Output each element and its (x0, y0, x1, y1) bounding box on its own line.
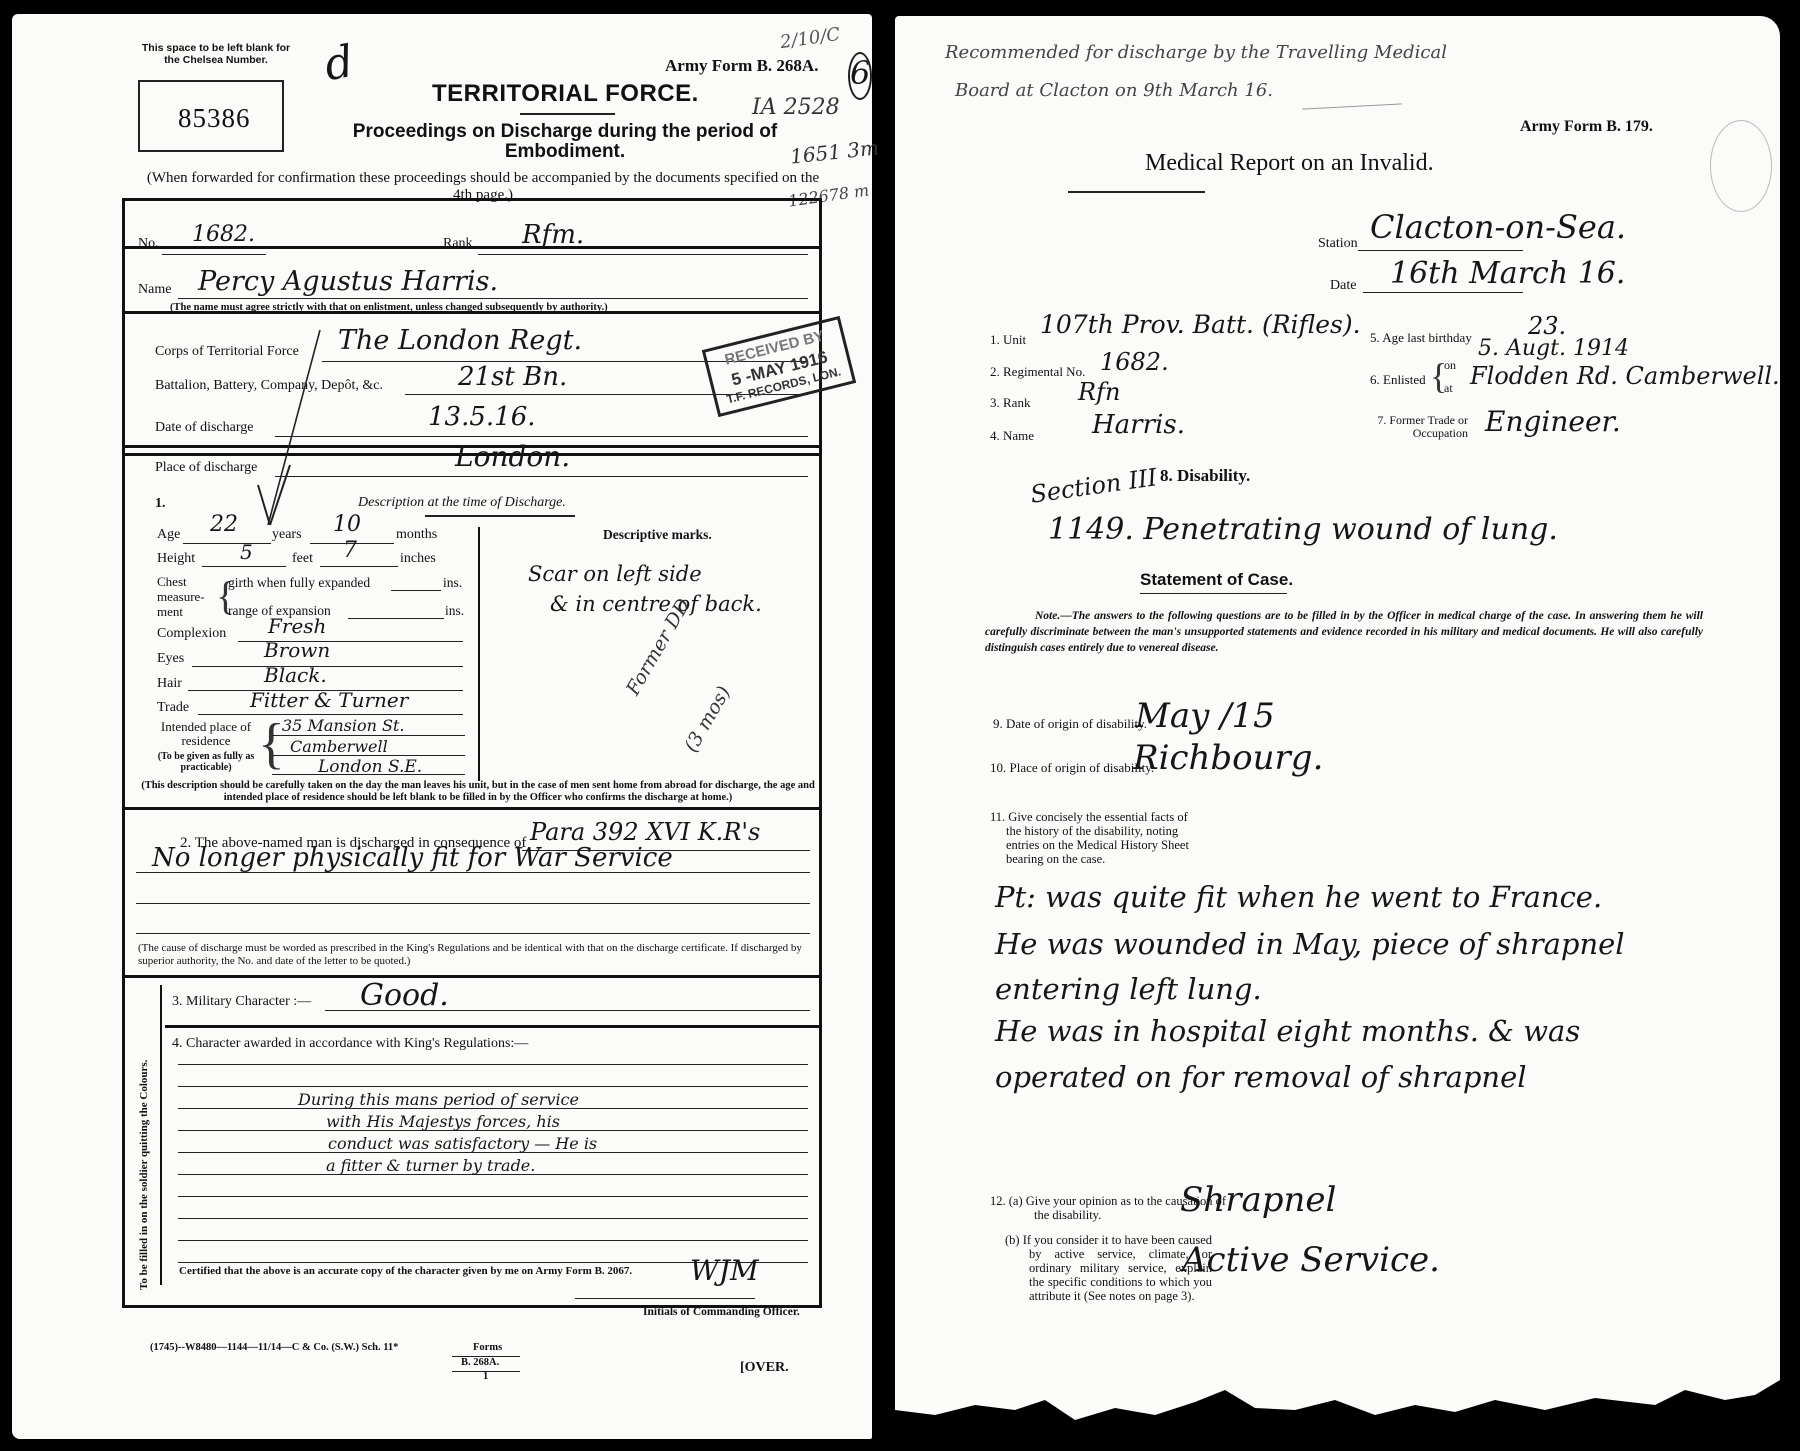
name-note: (The name must agree strictly with that … (170, 302, 608, 313)
disability-value: 1149. Penetrating wound of lung. (1048, 512, 1558, 547)
eyes-label: Eyes (157, 651, 184, 667)
q9-value: May /15 (1135, 696, 1275, 736)
name-value-right: Harris. (1092, 410, 1185, 440)
station-value: Clacton-on-Sea. (1370, 208, 1626, 246)
q10-value: Richbourg. (1133, 738, 1323, 778)
enlisted-on-value: 5. Augt. 1914 (1478, 336, 1629, 361)
residence-brace: { (258, 712, 285, 776)
q11-label: 11. Give concisely the essential facts o… (990, 810, 1206, 866)
medical-form-number: Army Form B. 179. (1520, 118, 1653, 136)
character-line-2: with His Majestys forces, his (326, 1112, 560, 1131)
rank-value-right: Rfn (1078, 378, 1120, 406)
station-label: Station (1318, 236, 1358, 252)
margin-annotation-circled: 6 (848, 52, 872, 100)
enlisted-at-label: at (1444, 381, 1453, 396)
enlisted-label: 6. Enlisted (1370, 372, 1426, 388)
certified-statement: Certified that the above is an accurate … (179, 1265, 632, 1277)
character-line-4: a fitter & turner by trade. (326, 1156, 535, 1175)
descriptive-marks-line-2: & in centre of back. (550, 592, 762, 616)
feet-label: feet (292, 551, 313, 567)
hair-label: Hair (157, 676, 182, 692)
history-line-2: He was wounded in May, piece of shrapnel (995, 927, 1625, 961)
faint-circular-stamp (1710, 120, 1772, 212)
co-initials-label: Initials of Commanding Officer. (643, 1306, 800, 1318)
description-divider (478, 527, 480, 781)
age-years-value: 22 (210, 512, 238, 537)
q12a-value: Shrapnel (1180, 1180, 1336, 1220)
statement-heading: Statement of Case. (1140, 570, 1293, 590)
name-label: Name (138, 282, 171, 298)
history-line-4: He was in hospital eight months. & was (995, 1014, 1580, 1048)
battalion-value: 21st Bn. (458, 362, 567, 392)
former-trade-label: 7. Former Trade or Occupation (1370, 414, 1468, 440)
character-side-divider (160, 985, 162, 1285)
inches-label: inches (400, 551, 436, 567)
q12b-label: (b) If you consider it to have been caus… (1005, 1233, 1212, 1303)
height-feet-value: 5 (240, 540, 253, 564)
regimental-no-value: 1682. (1100, 348, 1169, 376)
age-birthday-label: 5. Age last birthday (1370, 330, 1472, 346)
title-underline-right (1068, 191, 1205, 193)
rank-label: Rank (443, 236, 473, 252)
residence-line-3: London S.E. (318, 757, 422, 777)
age-label: Age (157, 527, 180, 543)
medical-report-sheet (895, 16, 1780, 1398)
trade-label: Trade (157, 700, 189, 716)
hair-value: Black. (264, 663, 327, 687)
co-initials-value: WJM (690, 1254, 759, 1287)
margin-annotation-ia: IA 2528 (752, 95, 840, 120)
name-label-right: 4. Name (990, 428, 1034, 444)
residence-line-1: 35 Mansion St. (282, 716, 405, 735)
residence-label: Intended place of residence (152, 720, 260, 748)
discharge-reason-value-2: No longer physically fit for War Service (152, 843, 673, 873)
q12b-value: Active Service. (1182, 1240, 1440, 1280)
chelsea-number: 85386 (178, 103, 251, 134)
age-months-value: 10 (333, 512, 361, 537)
no-label: No. (138, 236, 159, 252)
discharge-reason-value-1: Para 392 XVI K.R's (530, 818, 760, 846)
months-label: months (396, 527, 437, 543)
section-1-number: 1. (155, 496, 166, 512)
place-discharge-label: Place of discharge (155, 460, 257, 476)
description-heading: Description at the time of Discharge. (358, 495, 566, 511)
trade-value: Fitter & Turner (250, 688, 408, 712)
height-label: Height (157, 551, 195, 567)
form-number: Army Form B. 268A. (665, 56, 818, 76)
title-underline (520, 113, 615, 115)
years-label: years (272, 527, 302, 543)
check-mark-icon (250, 325, 340, 525)
military-character-label: 3. Military Character :— (172, 994, 311, 1010)
over-marker: [OVER. (740, 1360, 789, 1376)
date-label: Date (1330, 278, 1356, 294)
character-line-3: conduct was satisfactory — He is (328, 1134, 597, 1153)
former-trade-value: Engineer. (1485, 405, 1621, 438)
recommendation-annotation-1: Recommended for discharge by the Travell… (945, 42, 1447, 63)
date-value: 16th March 16. (1390, 256, 1625, 291)
descriptive-marks-heading: Descriptive marks. (603, 527, 712, 543)
unit-label: 1. Unit (990, 332, 1026, 348)
character-awarded-label: 4. Character awarded in accordance with … (172, 1036, 528, 1052)
enlisted-at-value: Flodden Rd. Camberwell. (1470, 362, 1780, 390)
form-subtitle: Proceedings on Discharge during the peri… (305, 122, 825, 162)
forms-label: Forms (473, 1342, 502, 1353)
regimental-no-label: 2. Regimental No. (990, 364, 1085, 380)
height-inches-value: 7 (343, 538, 357, 563)
q10-label: 10. Place of origin of disability. (990, 760, 1154, 776)
complexion-value: Fresh (268, 614, 326, 638)
enlisted-on-label: on (1444, 358, 1456, 373)
place-discharge-value: London. (455, 440, 570, 473)
chelsea-note: This space to be left blank for the Chel… (136, 42, 296, 66)
girth-label: girth when fully expanded (228, 575, 370, 591)
history-line-5: operated on for removal of shrapnel (995, 1060, 1527, 1094)
statement-note: Note.—The answers to the following quest… (985, 608, 1703, 656)
torn-edge-decoration (895, 1370, 1780, 1451)
medical-report-title: Medical Report on an Invalid. (1145, 150, 1434, 177)
colours-side-label: To be filled in on the soldier quitting … (138, 1060, 150, 1290)
chest-label: Chest measure-ment (157, 574, 217, 619)
range-unit: ins. (445, 603, 464, 619)
complexion-label: Complexion (157, 626, 226, 642)
military-character-value: Good. (360, 978, 449, 1013)
no-value: 1682. (192, 222, 255, 247)
corps-value: The London Regt. (338, 325, 582, 356)
rank-value: Rfm. (522, 220, 584, 250)
girth-unit: ins. (443, 575, 462, 591)
recommendation-annotation-2: Board at Clacton on 9th March 16. (955, 80, 1273, 101)
history-line-3: entering left lung. (995, 972, 1262, 1006)
forms-page: 1 (483, 1371, 488, 1382)
forms-number: B. 268A. (461, 1357, 499, 1368)
print-code: (1745)--W8480—1144—11/14—C & Co. (S.W.) … (150, 1342, 398, 1353)
residence-note: (To be given as fully as practicable) (152, 751, 260, 773)
history-line-1: Pt: was quite fit when he went to France… (995, 880, 1602, 914)
unit-value: 107th Prov. Batt. (Rifles). (1040, 310, 1361, 339)
description-footnote: (This description should be carefully ta… (138, 780, 818, 804)
rank-label-right: 3. Rank (990, 395, 1030, 411)
date-discharge-label: Date of discharge (155, 420, 253, 436)
descriptive-marks-line-1: Scar on left side (528, 562, 702, 586)
q9-label: 9. Date of origin of disability. (993, 716, 1147, 732)
discharge-reason-note: (The cause of discharge must be worded a… (138, 942, 818, 968)
character-line-1: During this mans period of service (298, 1090, 579, 1109)
disability-heading: 8. Disability. (1160, 466, 1250, 486)
residence-line-2: Camberwell (290, 737, 388, 756)
form-title: TERRITORIAL FORCE. (432, 80, 699, 108)
name-value: Percy Agustus Harris. (198, 266, 498, 297)
date-discharge-value: 13.5.16. (428, 402, 536, 432)
eyes-value: Brown (264, 638, 330, 662)
